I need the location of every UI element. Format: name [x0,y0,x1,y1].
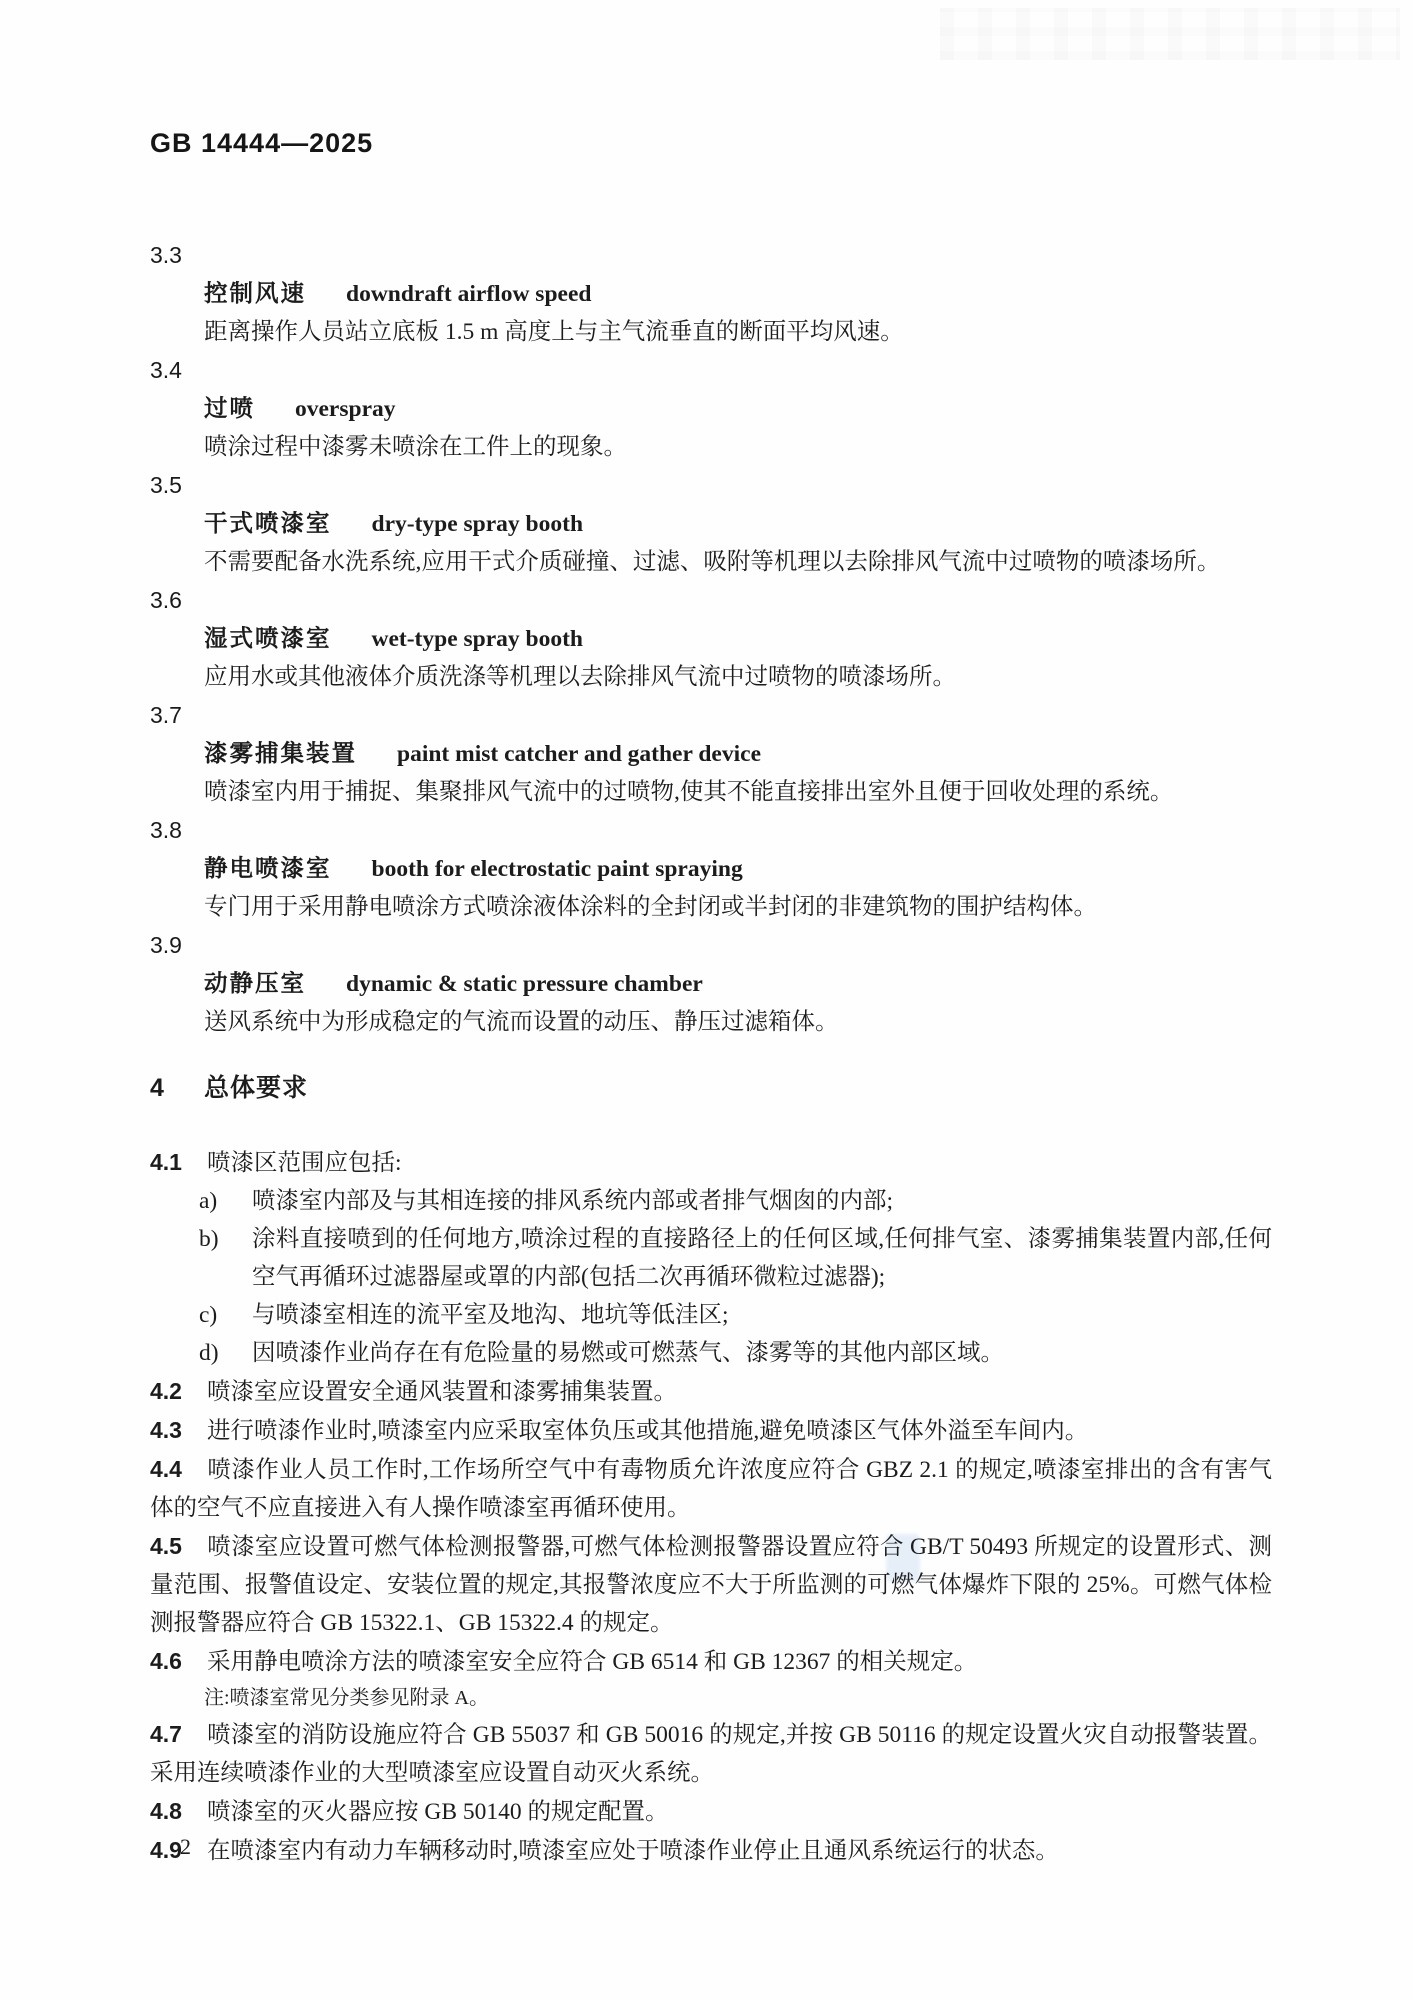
term-en: overspray [295,396,396,422]
clause-number: 4.8 [150,1792,207,1830]
clause-text: 喷漆作业人员工作时,工作场所空气中有毒物质允许浓度应符合 GBZ 2.1 的规定… [150,1457,1272,1521]
clause-number: 4.6 [150,1642,207,1680]
clause-text: 喷漆室应设置可燃气体检测报警器,可燃气体检测报警器设置应符合 GB/T 5049… [150,1534,1272,1636]
clause-text: 喷漆室的消防设施应符合 GB 55037 和 GB 50016 的规定,并按 G… [150,1722,1272,1786]
term-zh: 静电喷漆室 [204,855,332,881]
clause: 4.6采用静电喷涂方法的喷漆室安全应符合 GB 6514 和 GB 12367 … [150,1642,1272,1681]
clause: 4.8喷漆室的灭火器应按 GB 50140 的规定配置。 [150,1792,1272,1831]
term-definition: 喷涂过程中漆雾未喷涂在工件上的现象。 [204,428,1272,466]
term-number: 3.3 [150,236,1272,274]
term-title: 干式喷漆室dry-type spray booth [204,504,1272,543]
list-item-text: 与喷漆室相连的流平室及地沟、地坑等低洼区; [252,1302,729,1328]
term-definition: 专门用于采用静电喷涂方式喷涂液体涂料的全封闭或半封闭的非建筑物的围护结构体。 [204,888,1272,926]
term-zh: 动静压室 [204,970,306,996]
term-definition: 距离操作人员站立底板 1.5 m 高度上与主气流垂直的断面平均风速。 [204,313,1272,351]
term-number: 3.7 [150,696,1272,734]
standard-number-header: GB 14444—2025 [150,128,373,159]
term-zh: 干式喷漆室 [204,510,332,536]
clause-number: 4.5 [150,1527,207,1565]
section-title: 总体要求 [204,1074,308,1102]
term-title: 过喷overspray [204,389,1272,428]
clause: 4.1喷漆区范围应包括: [150,1143,1272,1182]
term-en: paint mist catcher and gather device [397,741,761,767]
term-entry: 3.3 控制风速downdraft airflow speed 距离操作人员站立… [150,236,1272,351]
clause: 4.5喷漆室应设置可燃气体检测报警器,可燃气体检测报警器设置应符合 GB/T 5… [150,1527,1272,1642]
term-en: downdraft airflow speed [346,281,591,307]
list-item-marker: b) [199,1220,219,1258]
clause-number: 4.7 [150,1715,207,1753]
page-number: 2 [180,1834,191,1860]
clause-list: 4.1喷漆区范围应包括: a)喷漆室内部及与其相连接的排风系统内部或者排气烟囱的… [150,1143,1272,1870]
list-item-text: 因喷漆作业尚存在有危险量的易燃或可燃蒸气、漆雾等的其他内部区域。 [252,1340,1004,1366]
term-definition: 喷漆室内用于捕捉、集聚排风气流中的过喷物,使其不能直接排出室外且便于回收处理的系… [204,773,1272,811]
section-heading: 4总体要求 [150,1069,1272,1107]
term-title: 动静压室dynamic & static pressure chamber [204,964,1272,1003]
clause: 4.3进行喷漆作业时,喷漆室内应采取室体负压或其他措施,避免喷漆区气体外溢至车间… [150,1411,1272,1450]
term-en: dynamic & static pressure chamber [346,971,703,997]
term-number: 3.8 [150,811,1272,849]
term-definition: 送风系统中为形成稳定的气流而设置的动压、静压过滤箱体。 [204,1003,1272,1041]
term-title: 控制风速downdraft airflow speed [204,274,1272,313]
term-zh: 过喷 [204,395,255,421]
clause-note: 注:喷漆室常见分类参见附录 A。 [204,1681,1272,1715]
term-entry: 3.4 过喷overspray 喷涂过程中漆雾未喷涂在工件上的现象。 [150,351,1272,466]
clause: 4.2喷漆室应设置安全通风装置和漆雾捕集装置。 [150,1372,1272,1411]
term-title: 湿式喷漆室wet-type spray booth [204,619,1272,658]
clause-text: 喷漆区范围应包括: [207,1150,402,1176]
clause-text: 喷漆室应设置安全通风装置和漆雾捕集装置。 [207,1379,677,1405]
clause-number: 4.1 [150,1143,207,1181]
list-item-marker: c) [199,1296,217,1334]
list-item-text: 喷漆室内部及与其相连接的排风系统内部或者排气烟囱的内部; [252,1188,893,1214]
list-item-text: 涂料直接喷到的任何地方,喷涂过程的直接路径上的任何区域,任何排气室、漆雾捕集装置… [252,1226,1272,1290]
list-item-marker: a) [199,1182,217,1220]
clause-text: 进行喷漆作业时,喷漆室内应采取室体负压或其他措施,避免喷漆区气体外溢至车间内。 [207,1418,1088,1444]
term-definition: 不需要配备水洗系统,应用干式介质碰撞、过滤、吸附等机理以去除排风气流中过喷物的喷… [204,543,1272,581]
term-definition: 应用水或其他液体介质洗涤等机理以去除排风气流中过喷物的喷漆场所。 [204,658,1272,696]
list-item: a)喷漆室内部及与其相连接的排风系统内部或者排气烟囱的内部; [150,1182,1272,1220]
clause: 4.9在喷漆室内有动力车辆移动时,喷漆室应处于喷漆作业停止且通风系统运行的状态。 [150,1831,1272,1870]
term-zh: 控制风速 [204,280,306,306]
term-zh: 漆雾捕集装置 [204,740,357,766]
term-title: 静电喷漆室booth for electrostatic paint spray… [204,849,1272,888]
term-number: 3.4 [150,351,1272,389]
clause-number: 4.2 [150,1372,207,1410]
term-en: booth for electrostatic paint spraying [372,856,743,882]
clause-number: 4.9 [150,1831,207,1869]
term-en: dry-type spray booth [372,511,584,537]
clause-text: 喷漆室的灭火器应按 GB 50140 的规定配置。 [207,1799,669,1825]
term-en: wet-type spray booth [372,626,584,652]
term-number: 3.9 [150,926,1272,964]
clause: 4.4喷漆作业人员工作时,工作场所空气中有毒物质允许浓度应符合 GBZ 2.1 … [150,1450,1272,1527]
clause-number: 4.4 [150,1450,207,1488]
term-number: 3.5 [150,466,1272,504]
scan-artifact-dots [940,8,1400,60]
list-item: d)因喷漆作业尚存在有危险量的易燃或可燃蒸气、漆雾等的其他内部区域。 [150,1334,1272,1372]
document-page: GB 14444—2025 3.3 控制风速downdraft airflow … [0,0,1413,2000]
term-entry: 3.7 漆雾捕集装置paint mist catcher and gather … [150,696,1272,811]
term-zh: 湿式喷漆室 [204,625,332,651]
clause-text: 在喷漆室内有动力车辆移动时,喷漆室应处于喷漆作业停止且通风系统运行的状态。 [207,1838,1059,1864]
clause-number: 4.3 [150,1411,207,1449]
term-entry: 3.5 干式喷漆室dry-type spray booth 不需要配备水洗系统,… [150,466,1272,581]
term-entry: 3.6 湿式喷漆室wet-type spray booth 应用水或其他液体介质… [150,581,1272,696]
term-entry: 3.9 动静压室dynamic & static pressure chambe… [150,926,1272,1041]
clause: 4.7喷漆室的消防设施应符合 GB 55037 和 GB 50016 的规定,并… [150,1715,1272,1792]
list-item-marker: d) [199,1334,219,1372]
term-title: 漆雾捕集装置paint mist catcher and gather devi… [204,734,1272,773]
term-number: 3.6 [150,581,1272,619]
page-content: 3.3 控制风速downdraft airflow speed 距离操作人员站立… [150,236,1272,1870]
term-entry: 3.8 静电喷漆室booth for electrostatic paint s… [150,811,1272,926]
clause-text: 采用静电喷涂方法的喷漆室安全应符合 GB 6514 和 GB 12367 的相关… [207,1649,977,1675]
section-number: 4 [150,1069,204,1107]
list-item: b)涂料直接喷到的任何地方,喷涂过程的直接路径上的任何区域,任何排气室、漆雾捕集… [150,1220,1272,1296]
list-item: c)与喷漆室相连的流平室及地沟、地坑等低洼区; [150,1296,1272,1334]
